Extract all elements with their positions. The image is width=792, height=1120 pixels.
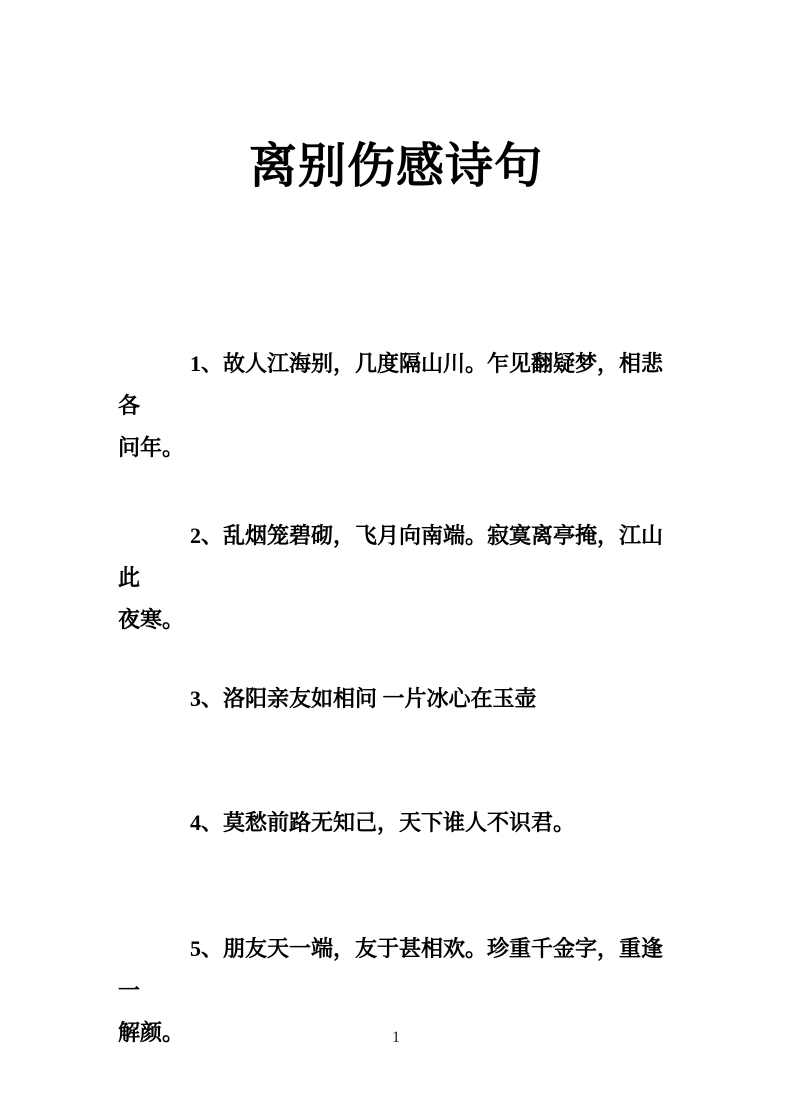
- poem-item-4: 4、莫愁前路无知己，天下谁人不识君。: [118, 802, 678, 844]
- poem-item-3: 3、洛阳亲友如相问 一片冰心在玉壶: [118, 678, 678, 720]
- poem-item-1-line-1: 1、故人江海别，几度隔山川。乍见翻疑梦，相悲各: [118, 343, 678, 427]
- page-number: 1: [0, 1028, 792, 1048]
- poem-item-2-line-1: 2、乱烟笼碧砌，飞月向南端。寂寞离亭掩，江山此: [118, 515, 678, 599]
- poem-item-4-line-1: 4、莫愁前路无知己，天下谁人不识君。: [118, 802, 678, 844]
- poem-item-1-line-2: 问年。: [118, 427, 678, 469]
- poem-item-1: 1、故人江海别，几度隔山川。乍见翻疑梦，相悲各 问年。: [118, 343, 678, 469]
- poem-item-5-line-1: 5、朋友天一端，友于甚相欢。珍重千金字，重逢一: [118, 928, 678, 1012]
- document-title: 离别伤感诗句: [0, 137, 792, 197]
- poem-item-2-line-2: 夜寒。: [118, 599, 678, 641]
- poem-item-2: 2、乱烟笼碧砌，飞月向南端。寂寞离亭掩，江山此 夜寒。: [118, 515, 678, 641]
- poem-item-3-line-1: 3、洛阳亲友如相问 一片冰心在玉壶: [118, 678, 678, 720]
- document-page: 离别伤感诗句 1、故人江海别，几度隔山川。乍见翻疑梦，相悲各 问年。 2、乱烟笼…: [0, 0, 792, 1120]
